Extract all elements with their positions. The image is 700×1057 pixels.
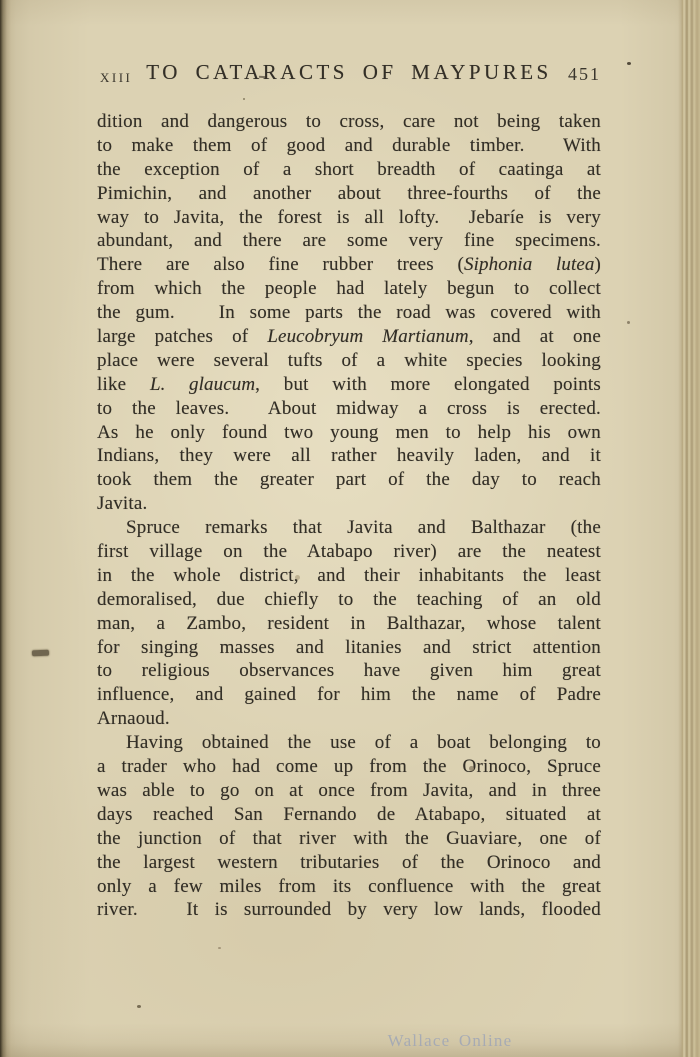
text-line: to religious observances have given him … bbox=[97, 659, 601, 683]
text-line: only a few miles from its confluence wit… bbox=[97, 875, 601, 899]
paper-speck bbox=[627, 321, 630, 324]
text-line: first village on the Atabapo river) are … bbox=[97, 540, 601, 564]
text-line: river. It is surrounded by very low land… bbox=[97, 898, 601, 922]
running-header: XIII TO CATARACTS OF MAYPURES 451 bbox=[97, 60, 601, 90]
paper-speck bbox=[218, 947, 221, 949]
text-line: like L. glaucum, but with more elongated… bbox=[97, 373, 601, 397]
text-line: the gum. In some parts the road was cove… bbox=[97, 301, 601, 325]
text-line: from which the people had lately begun t… bbox=[97, 277, 601, 301]
text-line: dition and dangerous to cross, care not … bbox=[97, 110, 601, 134]
text-line: the exception of a short breadth of caat… bbox=[97, 158, 601, 182]
text-line: a trader who had come up from the Orinoc… bbox=[97, 755, 601, 779]
paper-speck bbox=[137, 1005, 141, 1008]
text-line: As he only found two young men to help h… bbox=[97, 421, 601, 445]
margin-smudge bbox=[32, 650, 49, 657]
text-line: in the whole district, and their inhabit… bbox=[97, 564, 601, 588]
text-line: Spruce remarks that Javita and Balthazar… bbox=[97, 516, 601, 540]
page-edge-left bbox=[0, 0, 16, 1057]
text-line: the largest western tributaries of the O… bbox=[97, 851, 601, 875]
running-title: TO CATARACTS OF MAYPURES bbox=[97, 60, 601, 85]
text-line: Having obtained the use of a boat belong… bbox=[97, 731, 601, 755]
text-line: Pimichin, and another about three-fourth… bbox=[97, 182, 601, 206]
book-page: XIII TO CATARACTS OF MAYPURES 451 dition… bbox=[0, 0, 700, 1057]
text-line: demoralised, due chiefly to the teaching… bbox=[97, 588, 601, 612]
page-edge-right bbox=[678, 0, 700, 1057]
text-line: large patches of Leucobryum Martianum, a… bbox=[97, 325, 601, 349]
text-line: to the leaves. About midway a cross is e… bbox=[97, 397, 601, 421]
text-line: Arnaoud. bbox=[97, 707, 601, 731]
watermark: Wallace Online bbox=[388, 1031, 513, 1051]
paper-speck bbox=[243, 98, 245, 100]
text-line: Javita. bbox=[97, 492, 601, 516]
text-line: man, a Zambo, resident in Balthazar, who… bbox=[97, 612, 601, 636]
text-line: for singing masses and litanies and stri… bbox=[97, 636, 601, 660]
body-text: dition and dangerous to cross, care not … bbox=[97, 110, 601, 922]
text-line: was able to go on at once from Javita, a… bbox=[97, 779, 601, 803]
text-line: the junction of that river with the Guav… bbox=[97, 827, 601, 851]
paper-speck bbox=[627, 62, 631, 65]
text-line: abundant, and there are some very fine s… bbox=[97, 229, 601, 253]
text-line: place were several tufts of a white spec… bbox=[97, 349, 601, 373]
text-line: influence, and gained for him the name o… bbox=[97, 683, 601, 707]
page-number: 451 bbox=[568, 64, 601, 85]
text-line: took them the greater part of the day to… bbox=[97, 468, 601, 492]
text-line: Indians, they were all rather heavily la… bbox=[97, 444, 601, 468]
text-line: way to Javita, the forest is all lofty. … bbox=[97, 206, 601, 230]
text-line: There are also fine rubber trees (Siphon… bbox=[97, 253, 601, 277]
text-line: days reached San Fernando de Atabapo, si… bbox=[97, 803, 601, 827]
text-line: to make them of good and durable timber.… bbox=[97, 134, 601, 158]
